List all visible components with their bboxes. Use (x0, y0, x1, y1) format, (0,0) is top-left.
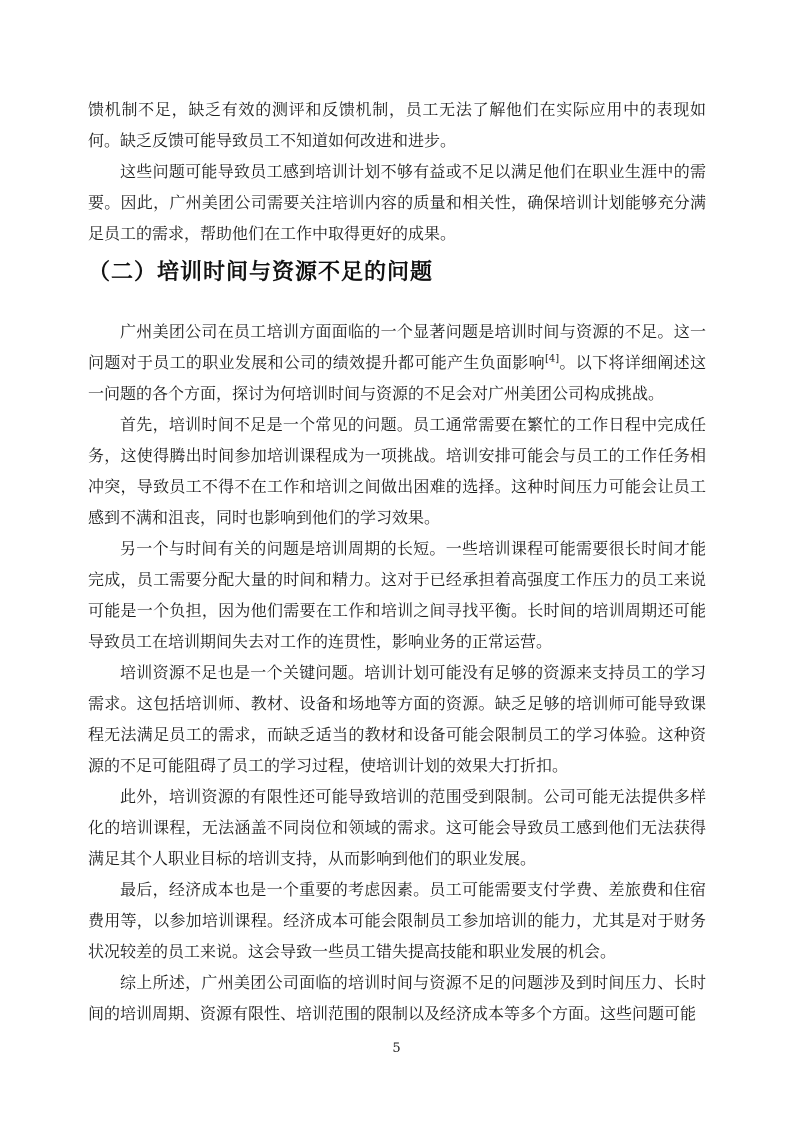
page-number: 5 (0, 1040, 793, 1058)
paragraph: 这些问题可能导致员工感到培训计划不够有益或不足以满足他们在职业生涯中的需要。因此… (88, 156, 706, 249)
paragraph-continuation: 馈机制不足，缺乏有效的测评和反馈机制，员工无法了解他们在实际应用中的表现如何。缺… (88, 94, 706, 156)
citation-reference: [4] (545, 354, 559, 365)
paragraph: 综上所述，广州美团公司面临的培训时间与资源不足的问题涉及到时间压力、长时间的培训… (88, 967, 706, 1029)
paragraph-with-citation: 广州美团公司在员工培训方面面临的一个显著问题是培训时间与资源的不足。这一问题对于… (88, 316, 706, 409)
paragraph: 培训资源不足也是一个关键问题。培训计划可能没有足够的资源来支持员工的学习需求。这… (88, 657, 706, 781)
paragraph: 最后，经济成本也是一个重要的考虑因素。员工可能需要支付学费、差旅费和住宿费用等，… (88, 874, 706, 967)
paragraph: 首先，培训时间不足是一个常见的问题。员工通常需要在繁忙的工作日程中完成任务，这使… (88, 409, 706, 533)
paragraph: 另一个与时间有关的问题是培训周期的长短。一些培训课程可能需要很长时间才能完成，员… (88, 533, 706, 657)
document-page: 馈机制不足，缺乏有效的测评和反馈机制，员工无法了解他们在实际应用中的表现如何。缺… (0, 0, 793, 1122)
paragraph: 此外，培训资源的有限性还可能导致培训的范围受到限制。公司可能无法提供多样化的培训… (88, 781, 706, 874)
section-heading: （二）培训时间与资源不足的问题 (88, 257, 706, 289)
